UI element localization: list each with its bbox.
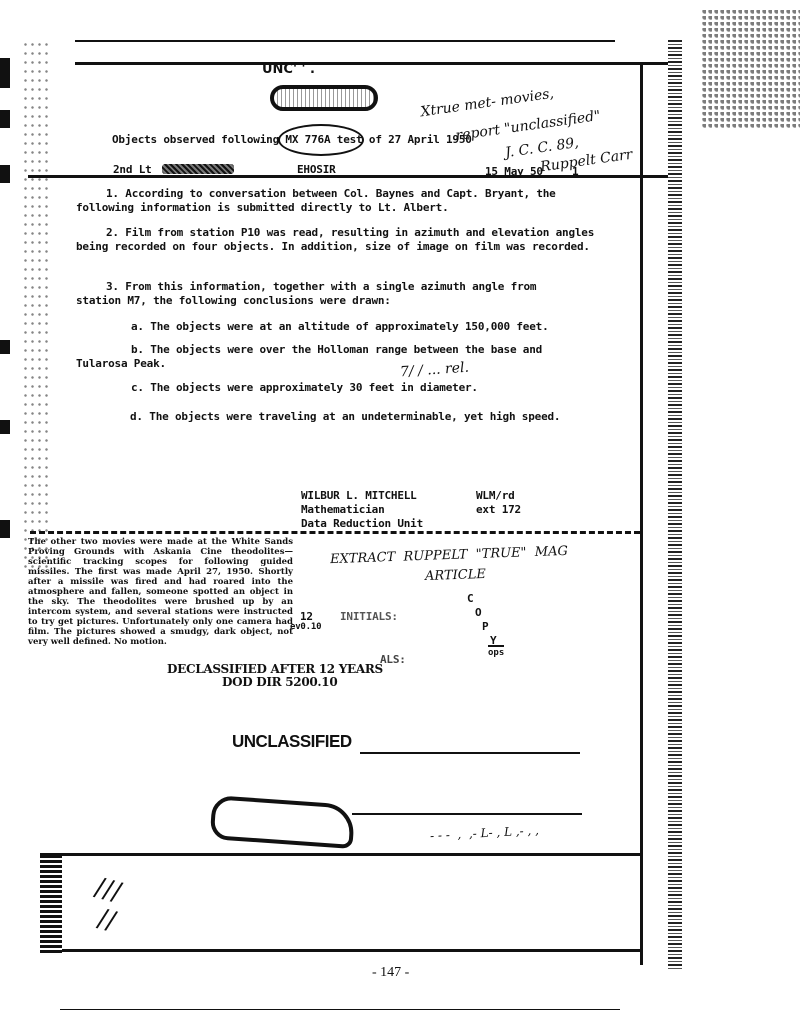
paragraph-2: 2. Film from station P10 was read, resul… [76,226,606,254]
bottom-rule-2 [40,949,640,952]
redacted-name [162,164,234,174]
footer-rule [60,1009,620,1010]
declassified-stamp-line2: DOD DIR 5200.10 [222,675,337,689]
redaction-blob [210,795,356,849]
conclusion-a: a. The objects were at an altitude of ap… [76,320,616,334]
handwritten-extract-note: EXTRACT RUPPELT "TRUE" MAG [330,544,568,567]
copy-letter-c: C [467,592,474,605]
binder-mark [0,420,10,434]
phone-extension: ext 172 [476,503,521,516]
binder-mark [0,58,10,88]
scanned-document-page: UNC' ' . Objects observed following MX 7… [0,0,800,1013]
page-number: - 147 - [372,965,409,981]
routing-fragment: ev0.10 [290,622,321,632]
signature-title: Mathematician [301,503,385,516]
handwritten-note: report "unclassified" [455,108,602,144]
signature-unit: Data Reduction Unit [301,517,423,530]
copy-letter-p: P [482,620,489,633]
binder-mark [0,520,10,538]
news-clipping: The other two movies were made at the Wh… [28,537,293,647]
binder-mark [0,110,10,128]
conclusion-b: b. The objects were over the Holloman ra… [76,343,596,371]
scan-specks [22,40,52,570]
signature-name: WILBUR L. MITCHELL [301,489,417,502]
bottom-rule [40,853,640,856]
handwritten-note: 7/ / ... rel. [400,360,470,381]
scan-corner-noise [700,10,800,130]
memo-date: 15 May 50 [485,165,543,178]
copy-letter-o: O [475,606,482,619]
dashed-divider [30,531,640,534]
handwritten-tally: // [94,903,119,937]
binder-mark [0,165,10,183]
classification-stamp-top: UNC' ' . [262,62,315,77]
handwritten-scribble: - - - , ,- L- , L ,- , , [430,823,540,843]
rule [360,752,580,754]
rank: 2nd Lt [113,163,152,176]
conclusion-c: c. The objects were approximately 30 fee… [76,381,616,395]
ops-label: ops [488,645,504,658]
unclassified-stamp: UNCLASSIFIED [232,732,352,753]
paragraph-3: 3. From this information, together with … [76,280,586,308]
frame-top-line-2 [75,62,675,65]
declassified-stamp-line1: DECLASSIFIED AFTER 12 YEARS [167,662,383,676]
handwritten-circle [278,124,364,156]
scan-edge-bottom-left [40,855,62,955]
handwritten-extract-note: ARTICLE [425,567,486,584]
frame-top-line [75,40,615,42]
declassified-initials: ALS: [380,653,406,666]
redacted-block [270,85,378,111]
conclusion-d: d. The objects were traveling at an unde… [70,410,570,424]
scan-edge-noise [668,40,682,970]
initials-label: INITIALS: [340,610,398,623]
handwritten-tally: /// [92,872,125,908]
binder-mark [0,340,10,354]
rule [352,813,582,815]
handwritten-note: Xtrue met- movies, [420,86,555,121]
reference-initials: WLM/rd [476,489,515,502]
paragraph-1: 1. According to conversation between Col… [76,187,606,215]
office-symbol: EHOSIR [297,163,336,176]
frame-right-line [640,65,643,965]
